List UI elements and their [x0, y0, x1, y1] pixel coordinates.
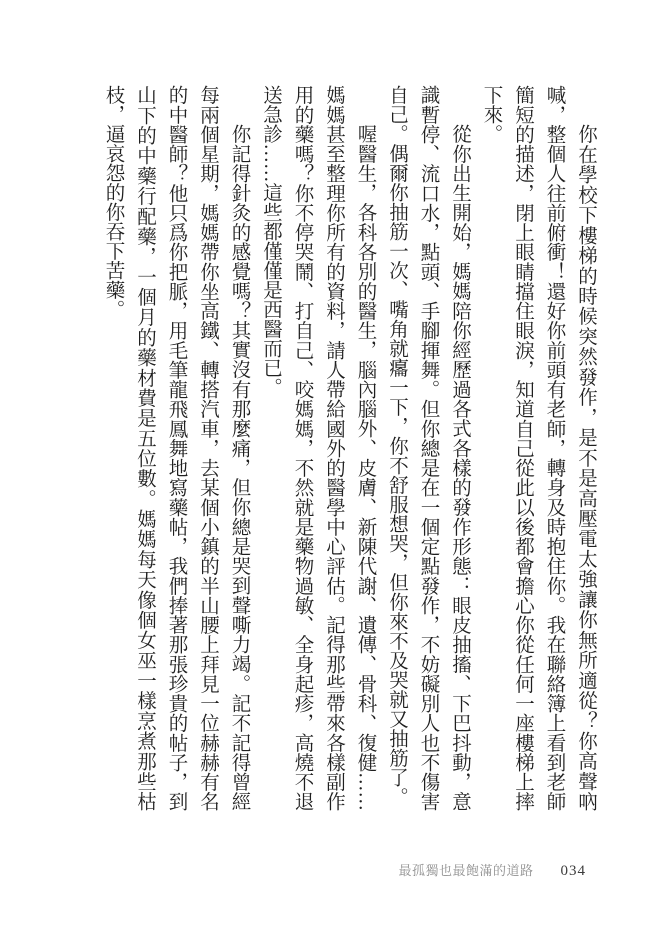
- paragraph-4: 你記得針灸的感覺嗎？其實沒有那麼痛，但你總是哭到聲嘶力竭。記不記得曾經每兩個星期…: [97, 85, 255, 811]
- paragraph-3: 喔醫生，各科各別的醫生，腦內腦外、皮膚、新陳代謝、遺傳、骨科、復健……媽媽甚至整…: [255, 85, 381, 811]
- paragraph-2: 從你出生開始，媽媽陪你經歷過各式各樣的發作形態：眼皮抽搐、下巴抖動，意識暫停、流…: [381, 85, 476, 811]
- paragraph-1: 你在學校下樓梯的時候突然發作，是不是高壓電太強讓你無所適從？你高聲吶喊，整個人往…: [475, 85, 601, 811]
- chapter-title: 最孤獨也最飽滿的道路: [398, 860, 533, 879]
- body-text: 你在學校下樓梯的時候突然發作，是不是高壓電太強讓你無所適從？你高聲吶喊，整個人往…: [97, 85, 601, 811]
- book-page: 你在學校下樓梯的時候突然發作，是不是高壓電太強讓你無所適從？你高聲吶喊，整個人往…: [0, 0, 663, 932]
- page-footer: 最孤獨也最飽滿的道路 034: [398, 860, 586, 880]
- page-number: 034: [561, 863, 587, 880]
